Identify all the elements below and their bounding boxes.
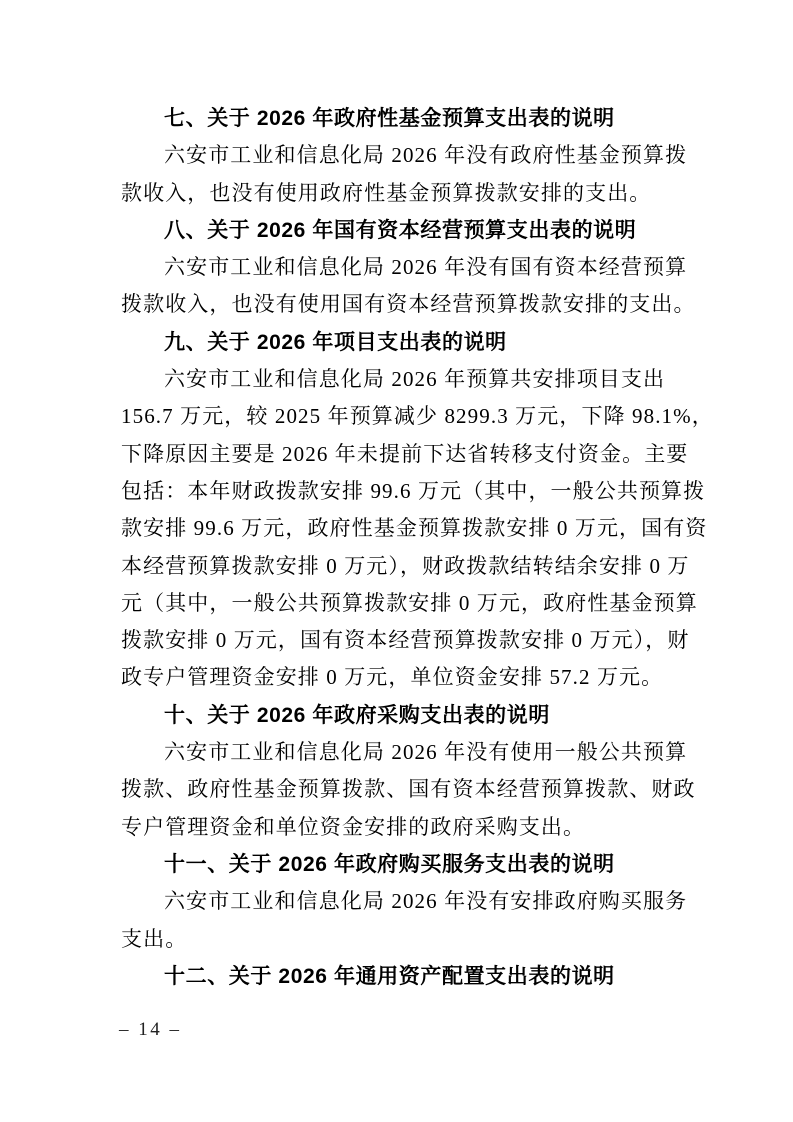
paragraph-line: 款安排 99.6 万元，政府性基金预算拨款安排 0 万元，国有资	[121, 510, 686, 547]
paragraph-line: 六安市工业和信息化局 2026 年预算共安排项目支出	[121, 361, 686, 398]
section-heading: 十、关于 2026 年政府采购支出表的说明	[121, 697, 686, 734]
paragraph-line: 政专户管理资金安排 0 万元，单位资金安排 57.2 万元。	[121, 659, 686, 696]
section-heading: 十一、关于 2026 年政府购买服务支出表的说明	[121, 846, 686, 883]
paragraph-line: 拨款收入，也没有使用国有资本经营预算拨款安排的支出。	[121, 286, 686, 323]
paragraph-line: 本经营预算拨款安排 0 万元），财政拨款结转结余安排 0 万	[121, 548, 686, 585]
paragraph-line: 六安市工业和信息化局 2026 年没有政府性基金预算拨	[121, 137, 686, 174]
paragraph-line: 专户管理资金和单位资金安排的政府采购支出。	[121, 809, 686, 846]
paragraph-line: 六安市工业和信息化局 2026 年没有安排政府购买服务	[121, 883, 686, 920]
paragraph-line: 包括：本年财政拨款安排 99.6 万元（其中，一般公共预算拨	[121, 473, 686, 510]
section-heading: 七、关于 2026 年政府性基金预算支出表的说明	[121, 100, 686, 137]
document-body: 七、关于 2026 年政府性基金预算支出表的说明六安市工业和信息化局 2026 …	[121, 100, 686, 995]
paragraph-line: 拨款、政府性基金预算拨款、国有资本经营预算拨款、财政	[121, 771, 686, 808]
paragraph-line: 元（其中，一般公共预算拨款安排 0 万元，政府性基金预算	[121, 585, 686, 622]
section-heading: 十二、关于 2026 年通用资产配置支出表的说明	[121, 958, 686, 995]
paragraph-line: 六安市工业和信息化局 2026 年没有国有资本经营预算	[121, 249, 686, 286]
section-heading: 九、关于 2026 年项目支出表的说明	[121, 324, 686, 361]
paragraph-line: 六安市工业和信息化局 2026 年没有使用一般公共预算	[121, 734, 686, 771]
section-heading: 八、关于 2026 年国有资本经营预算支出表的说明	[121, 212, 686, 249]
paragraph-line: 拨款安排 0 万元，国有资本经营预算拨款安排 0 万元），财	[121, 622, 686, 659]
page-number: – 14 –	[119, 1017, 182, 1043]
paragraph-line: 下降原因主要是 2026 年未提前下达省转移支付资金。主要	[121, 436, 686, 473]
document-page: 七、关于 2026 年政府性基金预算支出表的说明六安市工业和信息化局 2026 …	[0, 0, 793, 1122]
paragraph-line: 156.7 万元，较 2025 年预算减少 8299.3 万元，下降 98.1%…	[121, 398, 686, 435]
paragraph-line: 款收入，也没有使用政府性基金预算拨款安排的支出。	[121, 175, 686, 212]
paragraph-line: 支出。	[121, 921, 686, 958]
